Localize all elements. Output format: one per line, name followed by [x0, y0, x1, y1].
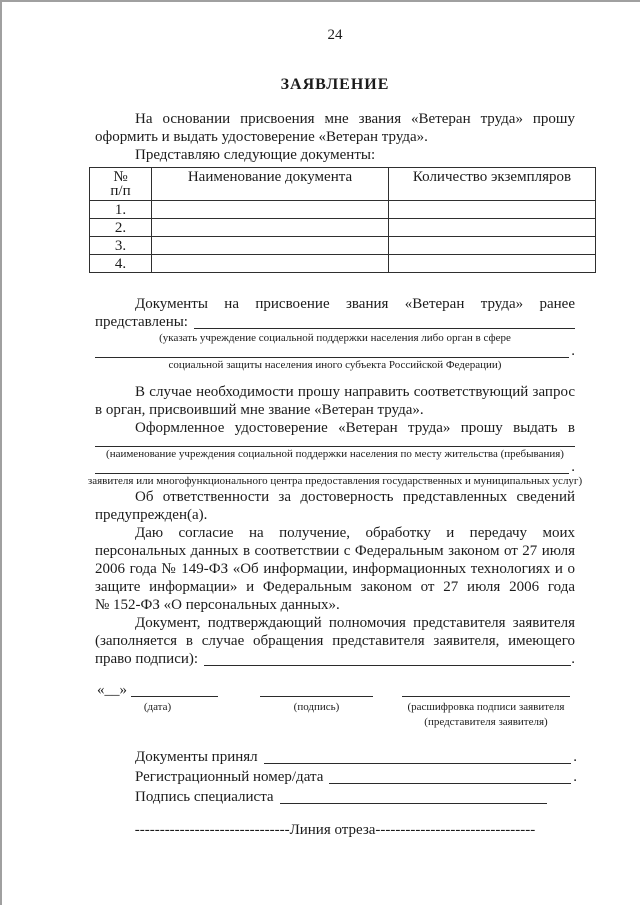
table-cell-count	[389, 237, 596, 255]
fill-in-line	[194, 328, 575, 329]
page-content: 24 ЗАЯВЛЕНИЕ На основании присвоения мне…	[2, 2, 640, 840]
consent-line-1: Даю согласие на получение, обработку и п…	[95, 524, 575, 542]
previously-submitted-line-1: Документы на присвоение звания «Ветеран …	[95, 295, 575, 313]
consent-line-4: защите информации» и Федеральным законом…	[95, 578, 575, 596]
fill-in-line	[402, 696, 570, 697]
line-period: .	[569, 461, 575, 474]
intro-line-2: оформить и выдать удостоверение «Ветеран…	[95, 128, 575, 146]
table-cell-name	[152, 219, 389, 237]
table-cell-num: 1.	[90, 201, 152, 219]
request-paragraph: В случае необходимости прошу направить с…	[95, 383, 575, 419]
signature-gap	[218, 682, 260, 729]
fill-in-line	[260, 696, 373, 697]
request-line-2: в орган, присвоивший мне звание «Ветеран…	[95, 401, 575, 419]
table-cell-num: 2.	[90, 219, 152, 237]
consent-line-3: 2006 года № 149-ФЗ «Об информации, инфор…	[95, 560, 575, 578]
hint-text: (указать учреждение социальной поддержки…	[63, 331, 607, 345]
consent-paragraph: Даю согласие на получение, обработку и п…	[95, 524, 575, 614]
table-header-count: Количество экземпляров	[389, 168, 596, 201]
fill-in-line	[280, 803, 547, 804]
office-use-block: Документы принял . Регистрационный номер…	[135, 747, 577, 807]
page-number: 24	[95, 26, 575, 44]
specialist-signature-label: Подпись специалиста	[135, 787, 274, 807]
line-period: .	[571, 767, 577, 787]
cut-line: -------------------------------Линия отр…	[75, 820, 595, 840]
intro-line-3: Представляю следующие документы:	[95, 146, 575, 164]
representative-line-1: Документ, подтверждающий полномочия пред…	[95, 614, 575, 632]
responsibility-line-1: Об ответственности за достоверность пред…	[95, 488, 575, 506]
blank-line-row: .	[95, 461, 575, 474]
intro-paragraph: На основании присвоения мне звания «Вете…	[95, 110, 575, 164]
fill-in-line	[329, 783, 571, 784]
name-caption-line2: (представителя заявителя)	[402, 715, 570, 729]
table-header-num-line2: п/п	[92, 184, 149, 198]
table-row: 3.	[90, 237, 596, 255]
representative-label: право подписи):	[95, 650, 198, 668]
hint-text: социальной защиты населения иного субъек…	[63, 358, 607, 372]
blank-line-row: .	[95, 345, 575, 358]
signature-sign-row	[260, 682, 373, 699]
signature-block: «__» (дата) (подпись) (расшифровка подпи…	[97, 682, 575, 729]
representative-section: Документ, подтверждающий полномочия пред…	[95, 614, 575, 668]
table-cell-name	[152, 201, 389, 219]
sign-caption: (подпись)	[260, 700, 373, 714]
documents-received-row: Документы принял .	[135, 747, 577, 767]
table-cell-count	[389, 201, 596, 219]
hint-text: заявителя или многофункционального центр…	[63, 474, 607, 488]
fill-in-line	[95, 437, 575, 447]
representative-blank-row: право подписи): .	[95, 650, 575, 668]
request-line-1: В случае необходимости прошу направить с…	[95, 383, 575, 401]
consent-line-5: № 152-ФЗ «О персональных данных».	[95, 596, 575, 614]
table-cell-count	[389, 219, 596, 237]
issue-line-1: Оформленное удостоверение «Ветеран труда…	[95, 419, 575, 437]
line-period: .	[571, 747, 577, 767]
signature-sign-column: (подпись)	[260, 682, 373, 729]
signature-date-row: «__»	[97, 682, 218, 699]
table-cell-name	[152, 237, 389, 255]
scanned-application-page: 24 ЗАЯВЛЕНИЕ На основании присвоения мне…	[0, 0, 640, 905]
issue-section: Оформленное удостоверение «Ветеран труда…	[95, 419, 575, 488]
name-caption-line1: (расшифровка подписи заявителя	[402, 700, 570, 714]
table-row: 2.	[90, 219, 596, 237]
document-title: ЗАЯВЛЕНИЕ	[95, 76, 575, 94]
table-cell-name	[152, 255, 389, 273]
table-header-num-line1: №	[92, 170, 149, 184]
previously-submitted-label: представлены:	[95, 313, 188, 331]
intro-line-1: На основании присвоения мне звания «Вете…	[95, 110, 575, 128]
signature-name-row	[402, 682, 570, 699]
table-row: 4.	[90, 255, 596, 273]
table-cell-count	[389, 255, 596, 273]
signature-date-column: «__» (дата)	[97, 682, 218, 729]
previously-submitted-blank-row: представлены:	[95, 313, 575, 331]
table-header-num: № п/п	[90, 168, 152, 201]
fill-in-line	[204, 665, 571, 666]
line-period: .	[571, 650, 575, 668]
responsibility-line-2: предупрежден(а).	[95, 506, 575, 524]
representative-line-2: (заполняется в случае обращения представ…	[95, 632, 575, 650]
registration-number-label: Регистрационный номер/дата	[135, 767, 323, 787]
table-cell-num: 4.	[90, 255, 152, 273]
table-row: 1.	[90, 201, 596, 219]
line-period: .	[569, 345, 575, 358]
documents-table: № п/п Наименование документа Количество …	[89, 167, 596, 273]
date-quotes: «__»	[97, 682, 127, 699]
date-caption: (дата)	[97, 700, 218, 714]
table-cell-num: 3.	[90, 237, 152, 255]
table-header-name: Наименование документа	[152, 168, 389, 201]
hint-text: (наименование учреждения социальной подд…	[63, 447, 607, 461]
registration-number-row: Регистрационный номер/дата .	[135, 767, 577, 787]
signature-name-column: (расшифровка подписи заявителя (представ…	[402, 682, 570, 729]
previously-submitted-section: Документы на присвоение звания «Ветеран …	[95, 295, 575, 372]
fill-in-line	[131, 696, 218, 697]
signature-gap	[373, 682, 402, 729]
documents-received-label: Документы принял	[135, 747, 258, 767]
responsibility-paragraph: Об ответственности за достоверность пред…	[95, 488, 575, 524]
specialist-signature-row: Подпись специалиста	[135, 787, 577, 807]
consent-line-2: персональных данных в соответствии с Фед…	[95, 542, 575, 560]
table-header-row: № п/п Наименование документа Количество …	[90, 168, 596, 201]
fill-in-line	[264, 763, 572, 764]
